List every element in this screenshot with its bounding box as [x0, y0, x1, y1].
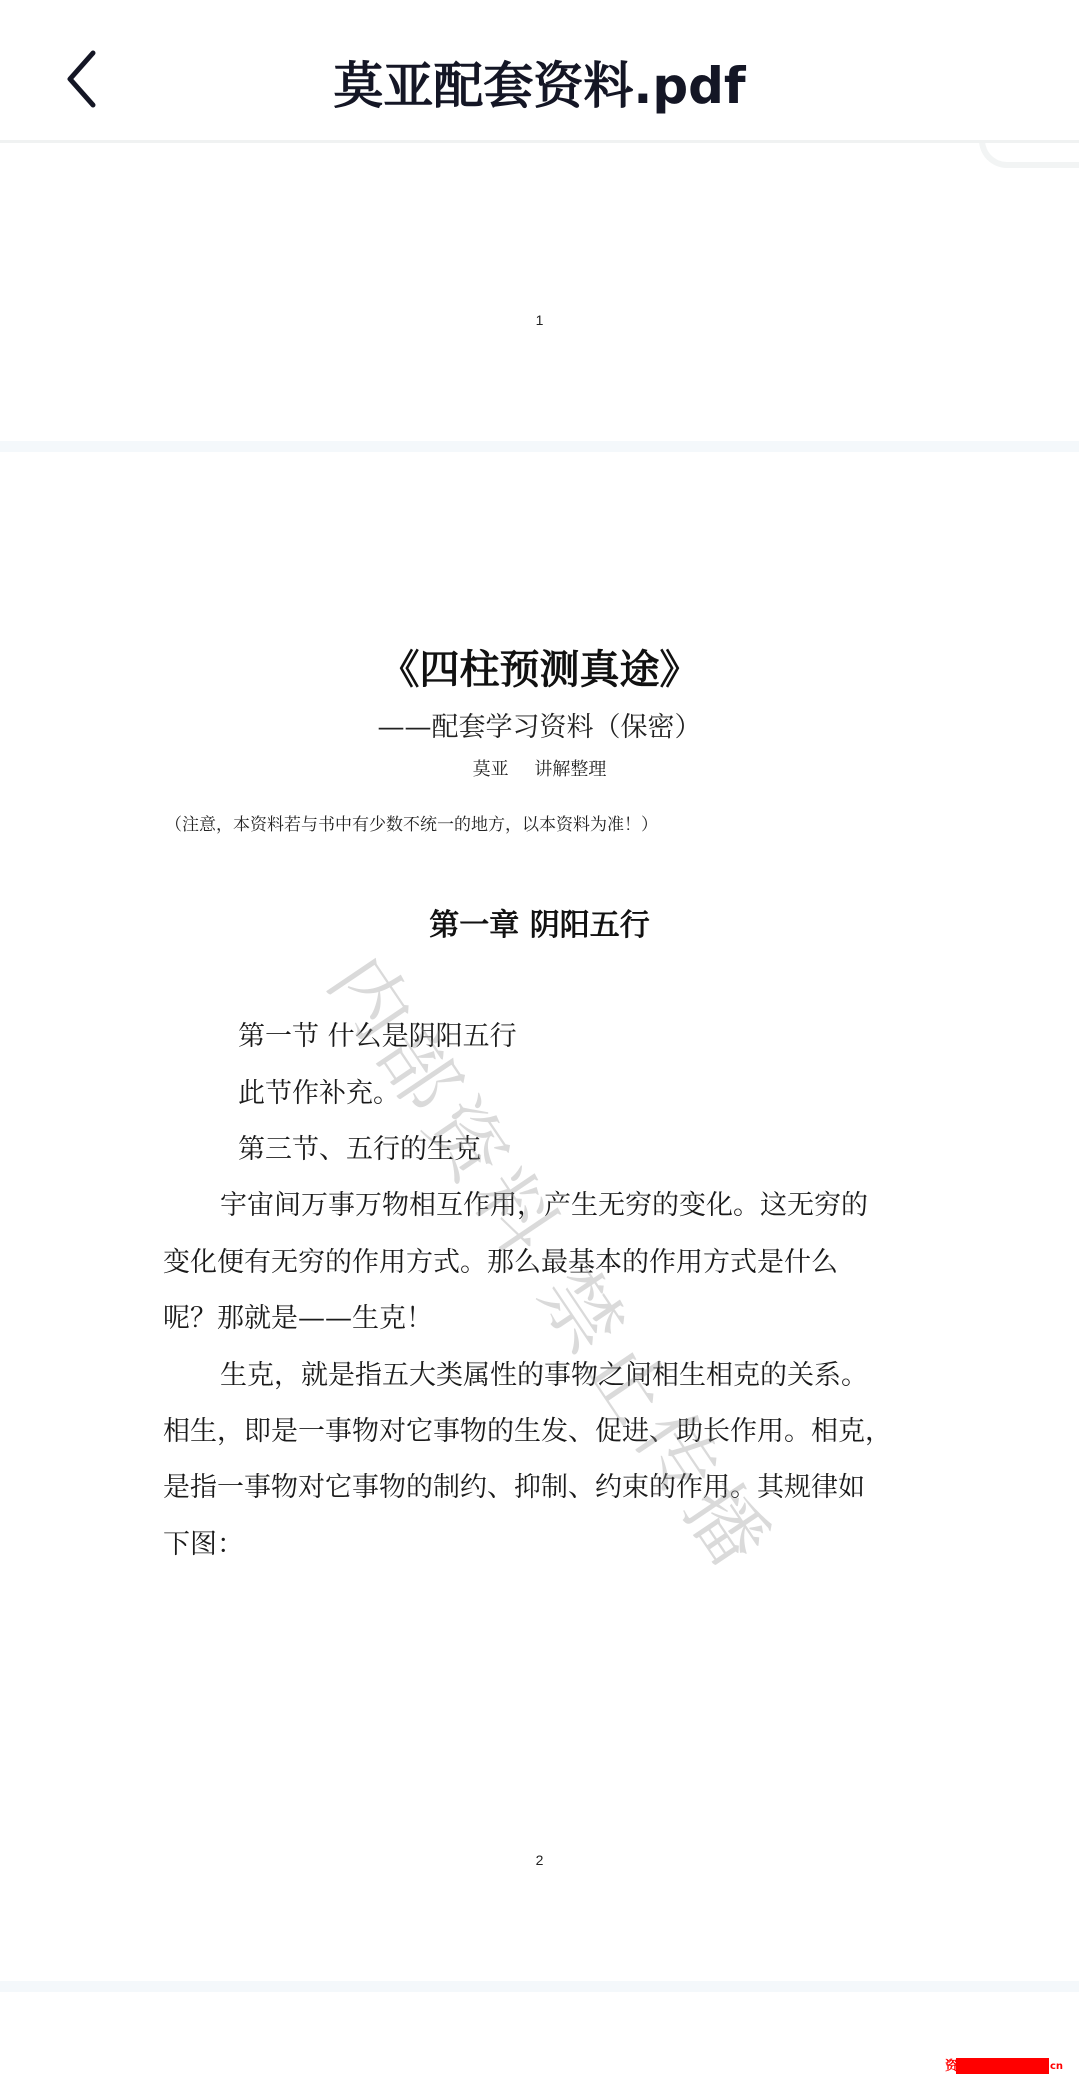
- document-title: 莫亚配套资料.pdf: [0, 46, 1079, 118]
- pdf-page-2: 《四柱预测真途》 ——配套学习资料（保密） 莫亚 讲解整理 （注意，本资料若与书…: [0, 452, 1079, 1981]
- page-number: 1: [0, 312, 1079, 328]
- page-gap: [0, 441, 1079, 452]
- source-badge: 资 cn: [945, 2059, 1057, 2075]
- section-heading: 第一节 什么是阴阳五行: [238, 1014, 517, 1053]
- badge-suffix: cn: [1050, 2059, 1063, 2075]
- document-subtitle: ——配套学习资料（保密）: [0, 705, 1079, 744]
- document-note: （注意，本资料若与书中有少数不统一的地方，以本资料为准！）: [165, 810, 945, 835]
- paragraph-line: 生克，就是指五大类属性的事物之间相生相克的关系。: [220, 1353, 868, 1392]
- top-nav-bar: 莫亚配套资料.pdf: [0, 0, 1079, 140]
- paragraph-line: 此节作补充。: [238, 1071, 400, 1110]
- chapter-title: 第一章 阴阳五行: [0, 900, 1079, 944]
- pdf-page-1: 1: [0, 143, 1079, 441]
- document-author: 莫亚 讲解整理: [0, 755, 1079, 781]
- header-corner-decoration: [979, 140, 1079, 168]
- header-divider: [0, 140, 1079, 143]
- page-number: 2: [0, 1852, 1079, 1868]
- paragraph-line: 宇宙间万事万物相互作用，产生无穷的变化。这无穷的: [220, 1183, 868, 1222]
- paragraph-line: 下图：: [163, 1522, 244, 1561]
- paragraph-line: 呢？那就是——生克！: [163, 1296, 433, 1335]
- redaction-block: [956, 2058, 1049, 2074]
- document-heading: 《四柱预测真途》: [0, 638, 1079, 695]
- section-heading: 第三节、五行的生克: [238, 1127, 481, 1166]
- paragraph-line: 相生，即是一事物对它事物的生发、促进、助长作用。相克，: [163, 1409, 892, 1448]
- paragraph-line: 是指一事物对它事物的制约、抑制、约束的作用。其规律如: [163, 1465, 865, 1504]
- page-gap: [0, 1981, 1079, 1992]
- paragraph-line: 变化便有无穷的作用方式。那么最基本的作用方式是什么: [163, 1240, 838, 1279]
